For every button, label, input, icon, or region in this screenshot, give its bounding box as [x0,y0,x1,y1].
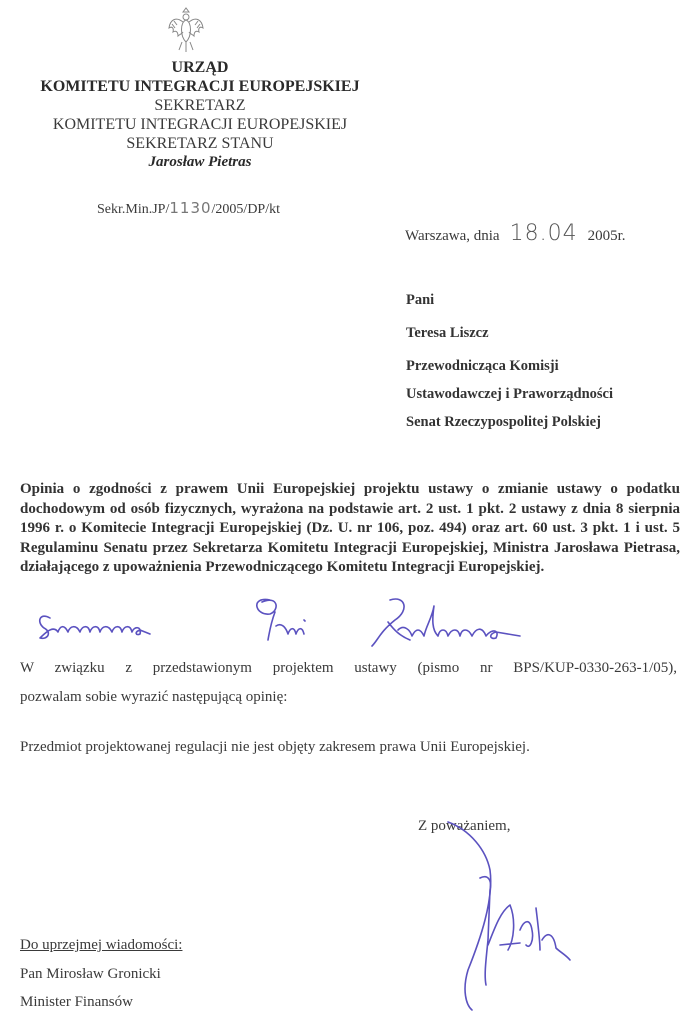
reference-prefix: Sekr.Min.JP/ [97,202,169,217]
reference-suffix: /2005/DP/kt [212,202,280,217]
cc-line: Pan Mirosław Gronicki [20,966,161,983]
committee-name: KOMITETU INTEGRACJI EUROPEJSKIEJ [0,77,400,96]
letterhead: URZĄD KOMITETU INTEGRACJI EUROPEJSKIEJ S… [0,58,400,172]
title-line-3: SEKRETARZ STANU [0,134,400,153]
recipient-line: Ustawodawczej i Praworządności [406,386,613,403]
reference-number: Sekr.Min.JP/1130/2005/DP/kt [97,199,280,218]
date-year: 2005r. [588,228,626,244]
recipient-line: Pani [406,292,434,309]
title-line-1: SEKRETARZ [0,96,400,115]
closing-salutation: Z poważaniem, [418,818,510,835]
recipient-line: Przewodnicząca Komisji [406,358,559,375]
date-line: Warszawa, dnia18.042005r. [405,221,625,246]
reference-handwritten: 1130 [169,199,211,217]
date-handwritten: 18.04 [510,221,578,246]
signatory-name: Jarosław Pietras [0,153,400,172]
title-line-2: KOMITETU INTEGRACJI EUROPEJSKIEJ [0,115,400,134]
cc-heading: Do uprzejmej wiadomości: [20,937,182,954]
body-line-2: pozwalam sobie wyrazić następującą opini… [20,689,287,706]
polish-eagle-emblem-icon [166,6,206,56]
cc-line: Minister Finansów [20,994,133,1011]
subject-paragraph: Opinia o zgodności z prawem Unii Europej… [20,480,680,578]
body-line-1: W związku z przedstawionym projektem ust… [20,660,677,677]
opinion-text: Przedmiot projektowanej regulacji nie je… [20,739,530,756]
date-prefix: Warszawa, dnia [405,228,500,244]
office-name: URZĄD [0,58,400,77]
recipient-line: Teresa Liszcz [406,325,489,342]
recipient-line: Senat Rzeczypospolitej Polskiej [406,414,601,431]
